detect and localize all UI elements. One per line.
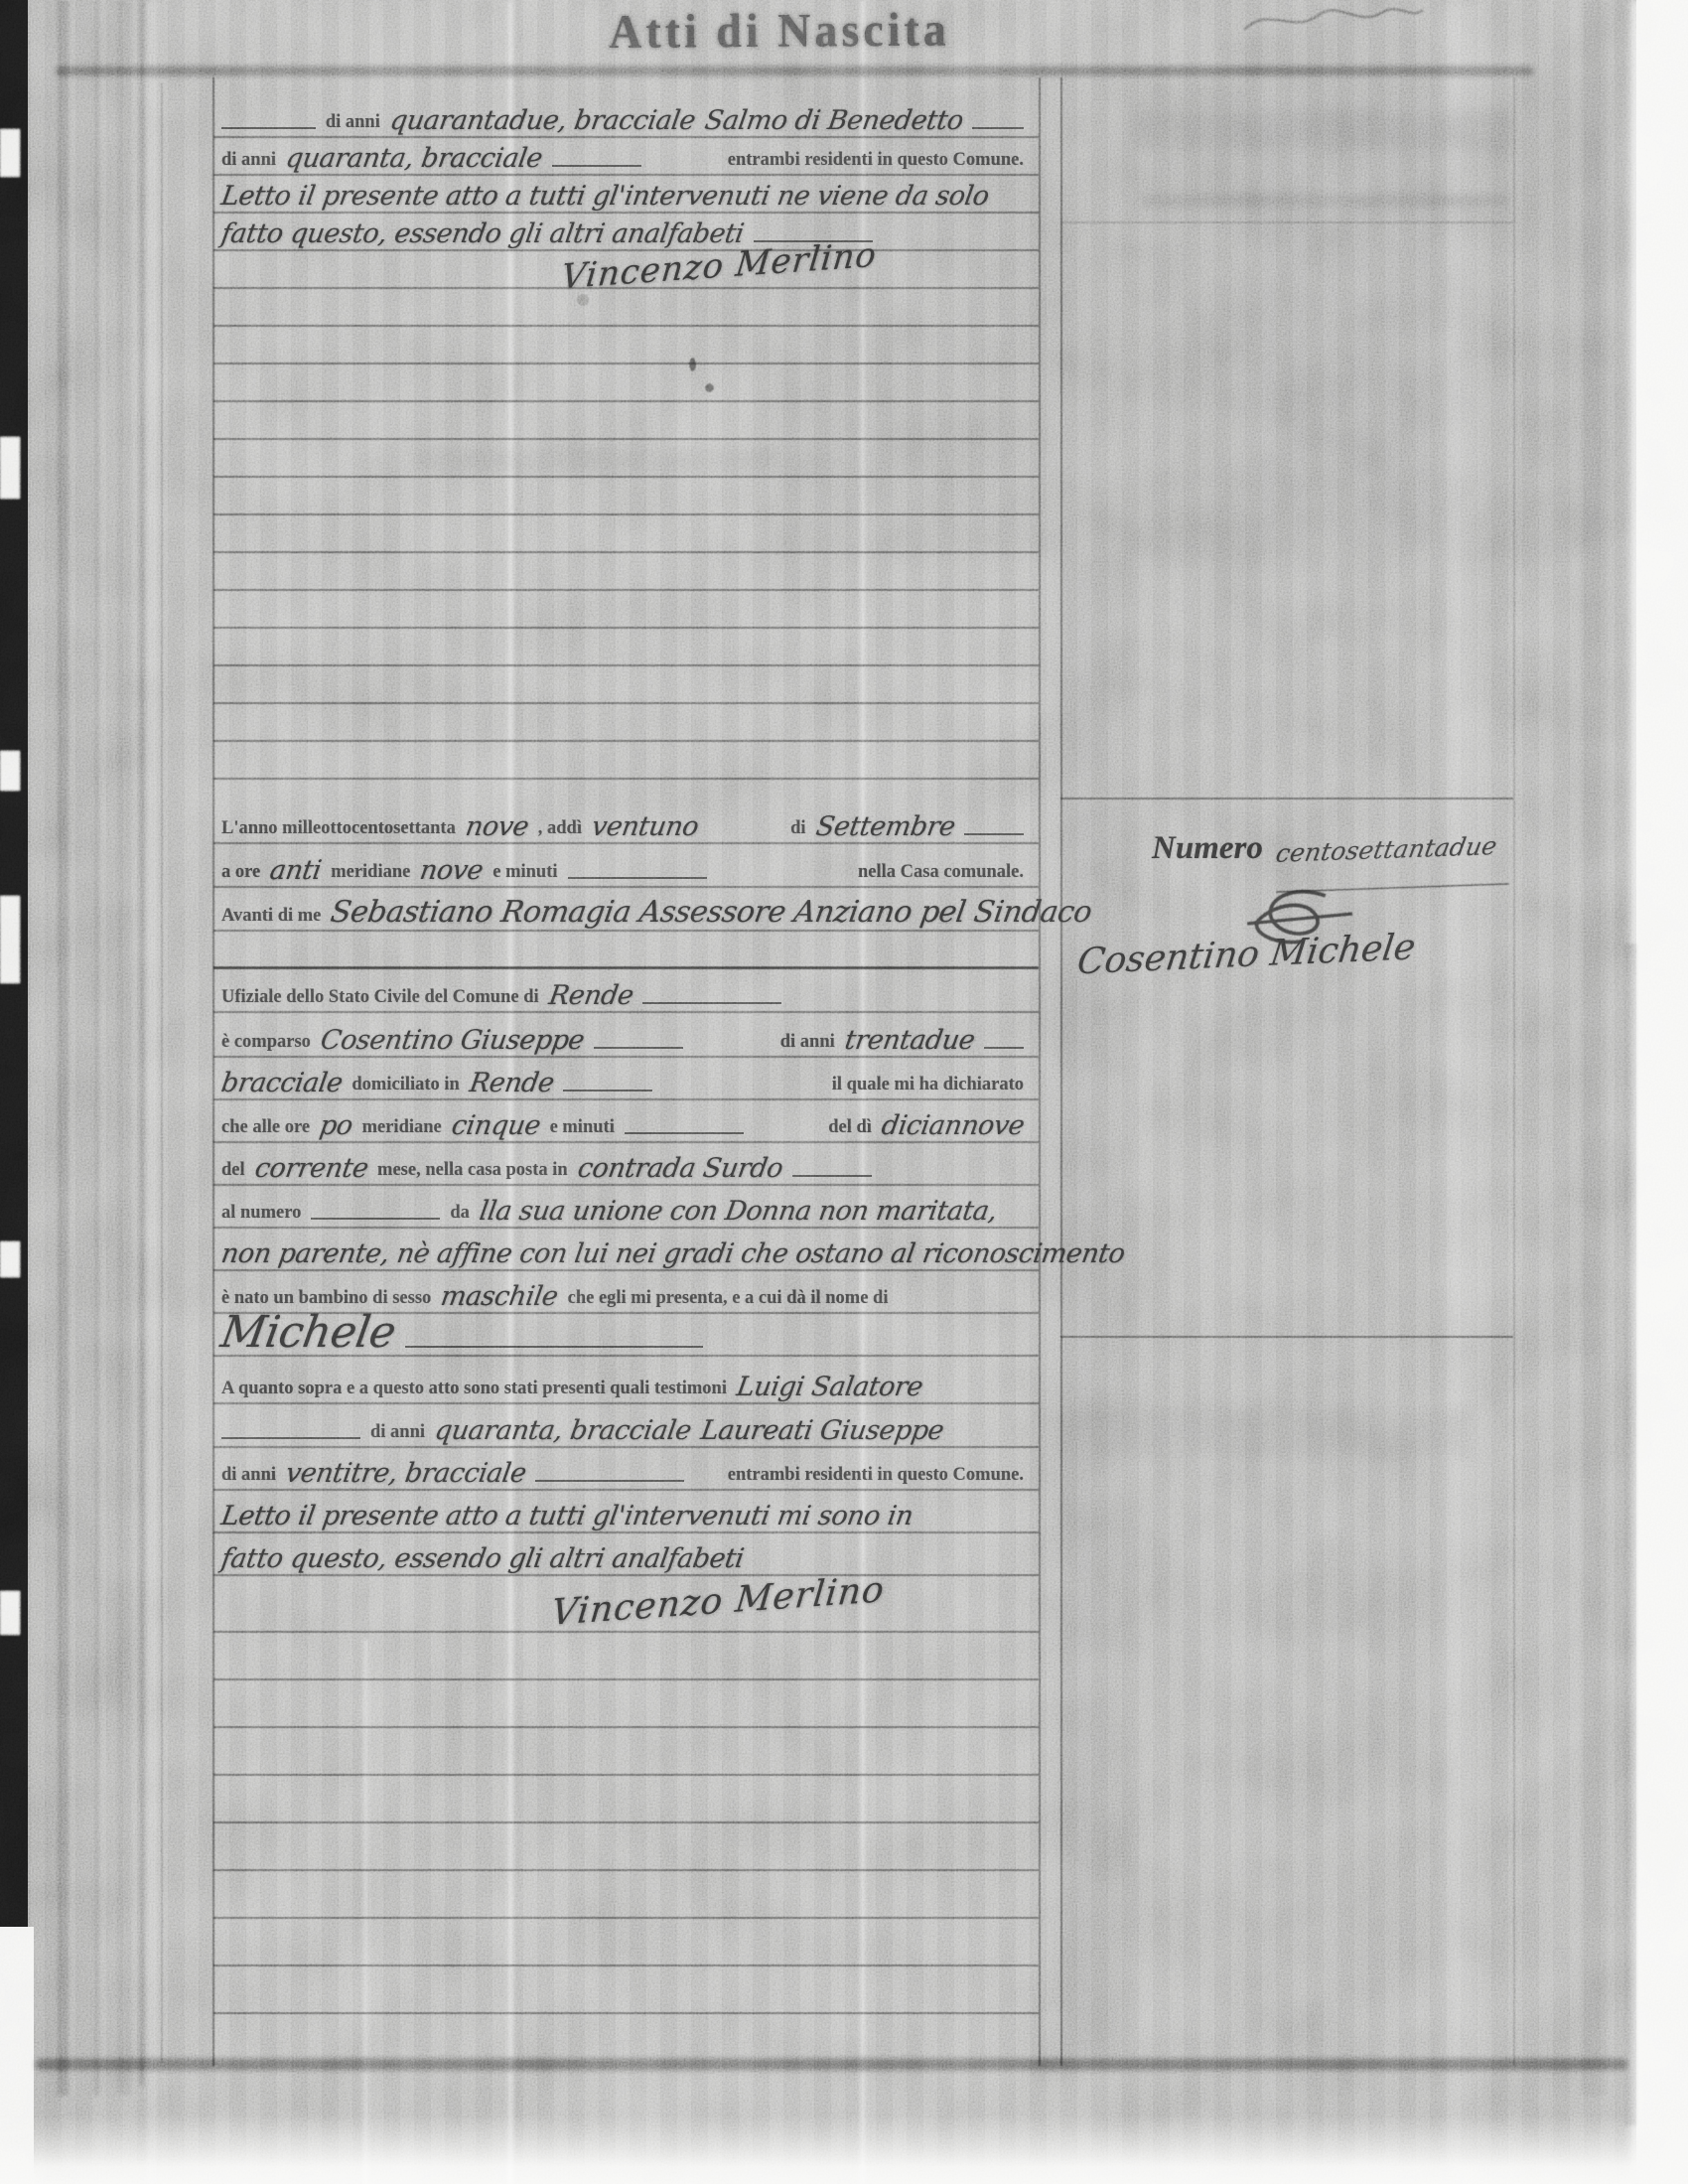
- dash-filler: [792, 1175, 872, 1177]
- dash-filler: [552, 165, 641, 167]
- printed-text: a ore: [221, 863, 260, 887]
- dash-filler: [594, 1047, 683, 1049]
- ruled-line: [213, 842, 1039, 844]
- form-line: Letto il presente atto a tutti gl'interv…: [221, 176, 1034, 212]
- form-line: al numerodalla sua unione con Donna non …: [221, 1191, 1034, 1227]
- binding-streak: [93, 0, 99, 2096]
- printed-text: di anni: [370, 1423, 425, 1447]
- ruled-line: [213, 1056, 1039, 1058]
- ruled-line: [213, 1098, 1039, 1100]
- edge-streak: [1624, 944, 1636, 2125]
- printed-text: A quanto sopra e a questo atto sono stat…: [221, 1380, 727, 1403]
- form-line: di anniventitre, braccialeentrambi resid…: [221, 1453, 1034, 1489]
- ruled-line: [213, 1184, 1039, 1186]
- numero-value: centosettantadue: [1274, 831, 1499, 868]
- ruled-line: [213, 778, 1039, 780]
- ruled-line: [213, 1402, 1039, 1404]
- handwritten-text: Rende: [468, 1070, 556, 1098]
- form-middle-border-a: [1039, 77, 1041, 2066]
- binding-streak: [58, 0, 69, 2096]
- form-outer-left-border: [161, 83, 163, 2062]
- ruled-line: [213, 1531, 1039, 1533]
- printed-text: meridiane: [331, 863, 410, 887]
- printed-text: nella Casa comunale.: [858, 863, 1024, 887]
- handwritten-text: trentadue: [842, 1027, 976, 1056]
- dash-filler: [964, 833, 1024, 835]
- handwritten-text: contrada Surdo: [575, 1155, 784, 1184]
- printed-text: domiciliato in: [352, 1076, 459, 1099]
- handwritten-text: anti: [268, 857, 324, 886]
- ruled-line: [213, 664, 1039, 666]
- printed-text: mese, nella casa posta in: [377, 1161, 568, 1185]
- printed-text: e minuti: [492, 863, 557, 887]
- binding-streak: [117, 0, 131, 2096]
- form-middle-border-b: [1060, 77, 1062, 2066]
- ruled-line: [213, 363, 1039, 364]
- ruled-line: [213, 1821, 1039, 1823]
- ruled-line: [213, 1312, 1039, 1314]
- ruled-line: [213, 513, 1039, 515]
- handwritten-text: Michele: [218, 1311, 399, 1355]
- dash-filler: [535, 1480, 684, 1482]
- handwritten-text: Salmo di Benedetto: [702, 107, 964, 136]
- title-rule: [55, 66, 1534, 76]
- ink-speck: [689, 358, 696, 371]
- ruled-line: [213, 438, 1039, 440]
- form-left-border: [212, 77, 214, 2066]
- ruled-line: [213, 2012, 1039, 2014]
- ruled-line: [213, 249, 1039, 251]
- numero-row: Numero centosettantadue: [1152, 830, 1529, 867]
- ruled-line: [213, 1869, 1039, 1871]
- photocopied-birth-register-page: Atti di Nascita di anniquarantadue, brac…: [0, 0, 1688, 2184]
- ruled-line: [213, 627, 1039, 629]
- margin-column-rule: [1060, 798, 1513, 800]
- handwritten-text: nove: [464, 813, 530, 842]
- handwritten-text: nove: [418, 857, 485, 886]
- ruled-line: [213, 1917, 1039, 1919]
- handwritten-text: Sebastiano Romagia Assessore Anziano pel…: [329, 898, 1094, 930]
- ruled-line: [213, 1269, 1039, 1271]
- ruled-line: [213, 1726, 1039, 1728]
- printed-text: di anni: [221, 151, 276, 175]
- printed-text: entrambi residenti in questo Comune.: [728, 151, 1024, 175]
- handwritten-text: Letto il presente atto a tutti gl'interv…: [219, 1503, 915, 1531]
- form-line: di anniquarantadue, braccialeSalmo di Be…: [221, 100, 1034, 136]
- handwritten-text: cinque: [449, 1112, 541, 1141]
- handwritten-text: Rende: [546, 982, 634, 1011]
- official-signature: Vincenzo Merlino: [549, 1569, 887, 1634]
- form-line: di anniquaranta, braccialeentrambi resid…: [221, 138, 1034, 174]
- printed-text: e minuti: [550, 1118, 615, 1142]
- printed-text: al numero: [221, 1204, 301, 1228]
- printed-text: Avanti di me: [221, 907, 321, 931]
- scan-right-white-margin: [1636, 0, 1688, 2184]
- scan-edge-notch: [0, 1241, 20, 1277]
- ruled-line: [213, 702, 1039, 704]
- scan-edge-notch: [0, 437, 20, 499]
- ruled-line: [213, 476, 1039, 478]
- ruled-line: [213, 212, 1039, 214]
- section-separator-line: [213, 966, 1039, 969]
- ruled-line: [213, 287, 1039, 289]
- ghost-print-smudge: [1092, 1408, 1470, 1456]
- ruled-line: [213, 325, 1039, 327]
- printed-text: entrambi residenti in questo Comune.: [728, 1466, 1024, 1490]
- form-line: braccialedomiciliato inRendeil quale mi …: [221, 1063, 1034, 1098]
- handwritten-text: Luigi Salatore: [735, 1374, 924, 1402]
- margin-column-rule: [1060, 221, 1513, 223]
- numero-label: Numero: [1152, 830, 1263, 867]
- ruled-line: [213, 1489, 1039, 1491]
- ghost-print-smudge: [417, 449, 774, 473]
- handwritten-text: quaranta, bracciale: [433, 1417, 693, 1446]
- form-bottom-border: [35, 2058, 1628, 2071]
- handwritten-text: ventitre, bracciale: [284, 1460, 528, 1489]
- ruled-line: [213, 589, 1039, 591]
- printed-text: di: [790, 819, 805, 843]
- handwritten-text: lla sua unione con Donna non maritata,: [478, 1198, 999, 1227]
- fold-light-streak: [363, 1639, 368, 2184]
- dash-filler: [625, 1132, 744, 1134]
- ruled-line: [213, 886, 1039, 888]
- scan-edge-notch: [0, 896, 20, 983]
- dash-filler: [405, 1346, 703, 1348]
- page-title: Atti di Nascita: [571, 1, 988, 60]
- ruled-line: [213, 174, 1039, 176]
- scan-bottom-white-fade: [0, 2115, 1688, 2184]
- form-line: L'anno milleottocentosettantanove, addìv…: [221, 806, 1034, 842]
- form-line: delcorrentemese, nella casa posta incont…: [221, 1148, 1034, 1184]
- fold-light-streak: [147, 0, 156, 2184]
- printed-text: di anni: [780, 1033, 835, 1057]
- printed-text: è comparso: [221, 1033, 311, 1057]
- form-line: che alle orepomeridianecinquee minutidel…: [221, 1105, 1034, 1141]
- ruled-line: [213, 1141, 1039, 1143]
- ruled-line: [213, 1011, 1039, 1013]
- handwritten-text: diciannove: [880, 1112, 1027, 1141]
- handwritten-text: Settembre: [813, 813, 956, 842]
- dash-filler: [221, 1437, 360, 1439]
- ink-speck: [705, 383, 714, 392]
- ruled-line: [213, 400, 1039, 402]
- printed-text: il quale mi ha dichiarato: [832, 1076, 1024, 1099]
- handwritten-text: non parente, nè affine con lui nei gradi…: [219, 1240, 1127, 1269]
- printed-text: meridiane: [362, 1118, 442, 1142]
- corner-ink-scribble: [1239, 0, 1428, 48]
- form-line: a oreantimeridianenovee minutinella Casa…: [221, 850, 1034, 886]
- dash-filler: [563, 1090, 652, 1092]
- scan-edge-notch: [0, 751, 20, 791]
- form-line: fatto questo, essendo gli altri analfabe…: [221, 1538, 1034, 1574]
- binding-streak: [140, 0, 144, 2086]
- ruled-line: [213, 136, 1039, 138]
- handwritten-text: quarantadue, bracciale: [388, 107, 697, 136]
- scan-edge-notch: [0, 129, 20, 177]
- form-line: Avanti di meSebastiano Romagia Assessore…: [221, 894, 1034, 930]
- form-line: è comparsoCosentino Giuseppedi annitrent…: [221, 1020, 1034, 1056]
- ruled-line: [213, 1227, 1039, 1229]
- margin-column-rule: [1060, 1336, 1513, 1338]
- ruled-line: [213, 1355, 1039, 1357]
- handwritten-text: corrente: [252, 1155, 369, 1184]
- ruled-line: [213, 930, 1039, 932]
- handwritten-text: Laureati Giuseppe: [698, 1417, 945, 1446]
- handwritten-text: Cosentino Giuseppe: [319, 1027, 586, 1056]
- fold-light-streak: [1445, 0, 1478, 2184]
- ruled-line: [213, 551, 1039, 553]
- ruled-line: [213, 1678, 1039, 1680]
- handwritten-text: ventuno: [590, 813, 701, 842]
- form-line: di anniquaranta, braccialeLaureati Giuse…: [221, 1410, 1034, 1446]
- form-line: A quanto sopra e a questo atto sono stat…: [221, 1367, 1034, 1402]
- ruled-line: [213, 740, 1039, 742]
- printed-text: Ufiziale dello Stato Civile del Comune d…: [221, 988, 539, 1012]
- printed-text: , addì: [538, 819, 582, 843]
- form-line: Letto il presente atto a tutti gl'interv…: [221, 1496, 1034, 1531]
- photocopy-smudge: [1058, 561, 1128, 2066]
- printed-text: L'anno milleottocentosettanta: [221, 819, 456, 843]
- handwritten-text: quaranta, bracciale: [284, 145, 544, 174]
- scan-edge-notch: [0, 1591, 20, 1635]
- form-right-border: [1513, 77, 1515, 2066]
- ruled-line: [213, 1774, 1039, 1776]
- handwritten-text: bracciale: [219, 1070, 345, 1098]
- ruled-line: [213, 1965, 1039, 1966]
- child-name-line: Michele: [221, 1307, 1034, 1355]
- printed-text: del: [221, 1161, 245, 1185]
- form-line: Ufiziale dello Stato Civile del Comune d…: [221, 975, 1034, 1011]
- form-line: fatto questo, essendo gli altri analfabe…: [221, 214, 1034, 249]
- dash-filler: [642, 1002, 781, 1004]
- handwritten-text: Letto il presente atto a tutti gl'interv…: [219, 183, 991, 212]
- printed-text: di anni: [221, 1466, 276, 1490]
- dash-filler: [972, 127, 1024, 129]
- dash-filler: [311, 1218, 440, 1220]
- ruled-line: [213, 1631, 1039, 1633]
- ruled-line: [213, 1446, 1039, 1448]
- dash-filler: [221, 127, 316, 129]
- handwritten-text: fatto questo, essendo gli altri analfabe…: [219, 220, 746, 249]
- handwritten-text: po: [318, 1112, 354, 1141]
- dash-filler: [568, 877, 707, 879]
- printed-text: di anni: [326, 113, 380, 137]
- printed-text: che alle ore: [221, 1118, 310, 1142]
- form-line: non parente, nè affine con lui nei gradi…: [221, 1234, 1034, 1269]
- printed-text: del dì: [828, 1118, 872, 1142]
- ruled-line: [213, 1574, 1039, 1576]
- edge-streak: [1581, 0, 1607, 2096]
- handwritten-text: fatto questo, essendo gli altri analfabe…: [219, 1545, 746, 1574]
- dash-filler: [984, 1047, 1024, 1049]
- printed-text: da: [450, 1204, 470, 1228]
